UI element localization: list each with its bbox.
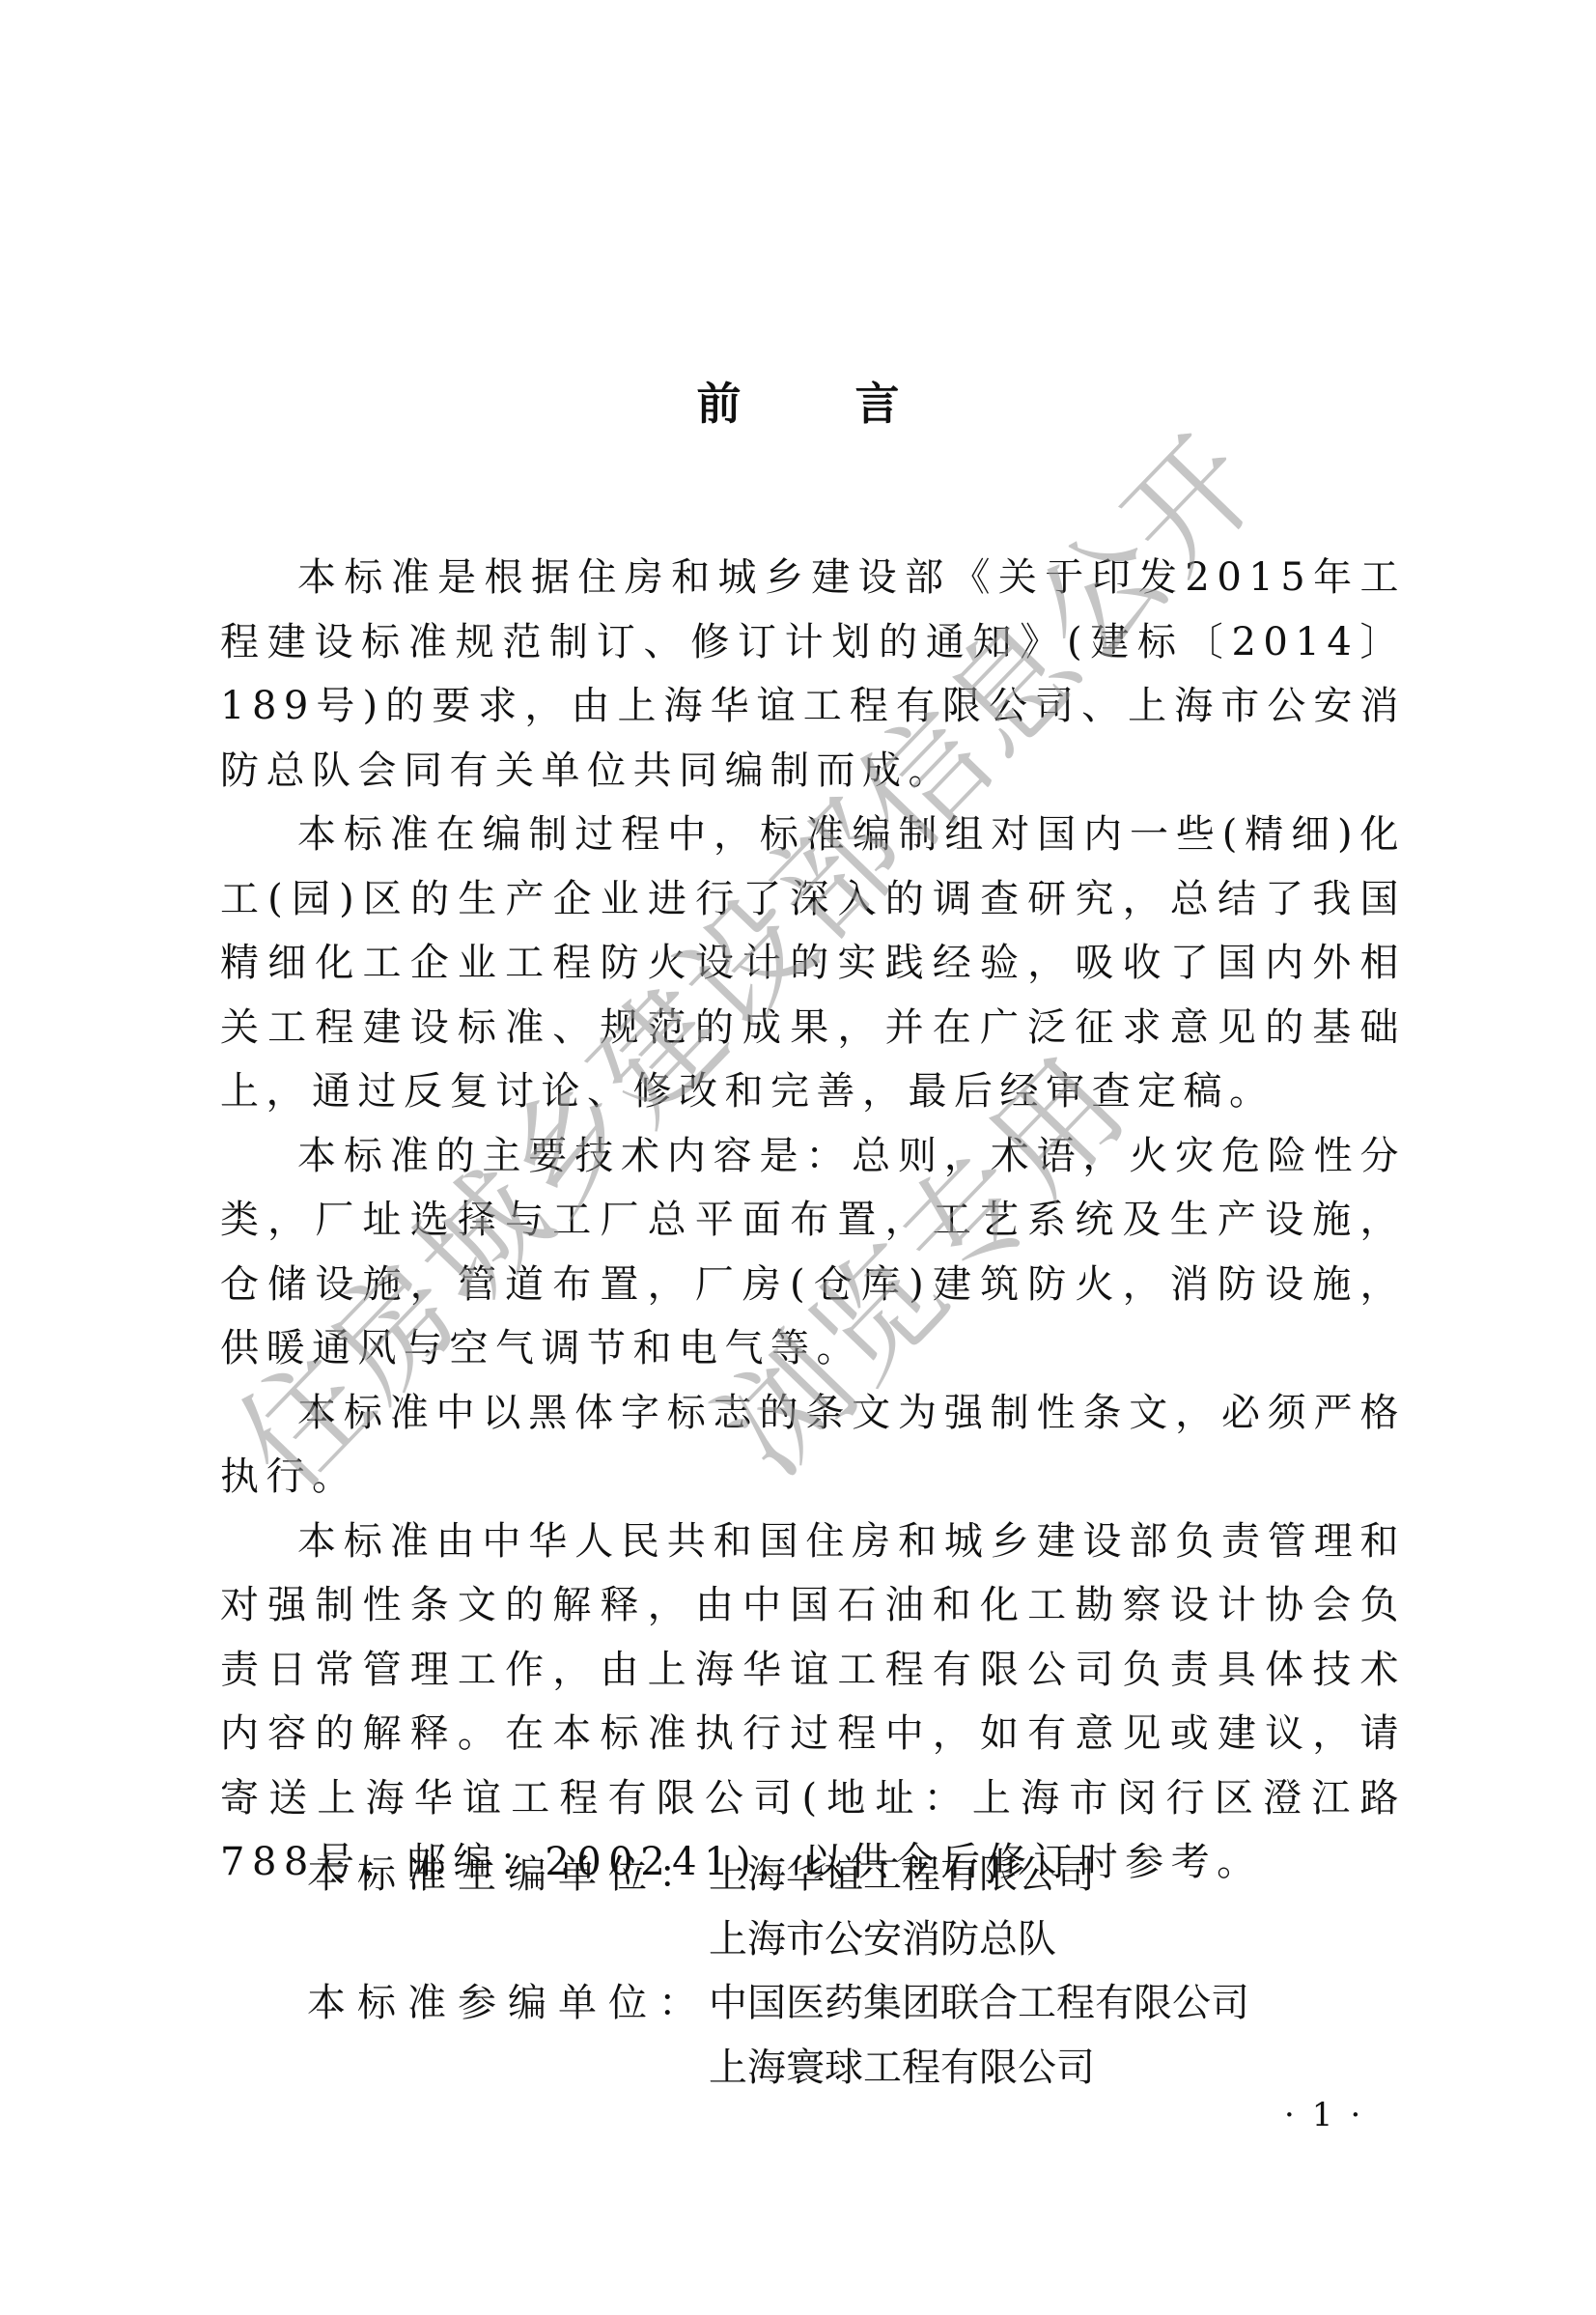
chief-unit-2: 上海市公安消防总队: [709, 1907, 1056, 1972]
participating-unit-row-2: 上海寰球工程有限公司: [307, 2036, 1249, 2101]
paragraph-contents: 本标准的主要技术内容是：总则，术语，火灾危险性分类，厂址选择与工厂总平面布置，工…: [220, 1124, 1406, 1381]
participating-unit-row: 本标准参编单位： 中国医药集团联合工程有限公司: [307, 1971, 1249, 2036]
participating-unit-1: 中国医药集团联合工程有限公司: [709, 1971, 1249, 2036]
chief-unit-label: 本标准主编单位：: [307, 1843, 709, 1907]
paragraph-management: 本标准由中华人民共和国住房和城乡建设部负责管理和对强制性条文的解释，由中国石油和…: [220, 1510, 1406, 1895]
page-title: 前言: [0, 369, 1596, 433]
title-char-2: 言: [855, 378, 900, 430]
chief-unit-row-2: 上海市公安消防总队: [307, 1907, 1249, 1972]
page-number: ·1·: [1284, 2096, 1378, 2134]
participating-unit-2: 上海寰球工程有限公司: [709, 2036, 1095, 2101]
title-char-1: 前: [697, 378, 742, 430]
paragraph-origin: 本标准是根据住房和城乡建设部《关于印发2015年工程建设标准规范制订、修订计划的…: [220, 546, 1406, 803]
document-page: 前言 本标准是根据住房和城乡建设部《关于印发2015年工程建设标准规范制订、修订…: [0, 0, 1596, 2315]
chief-unit-row: 本标准主编单位： 上海华谊工程有限公司: [307, 1843, 1249, 1907]
preface-body: 本标准是根据住房和城乡建设部《关于印发2015年工程建设标准规范制订、修订计划的…: [220, 546, 1406, 1895]
paragraph-process: 本标准在编制过程中，标准编制组对国内一些(精细)化工(园)区的生产企业进行了深入…: [220, 803, 1406, 1124]
paragraph-mandatory: 本标准中以黑体字标志的条文为强制性条文，必须严格执行。: [220, 1381, 1406, 1510]
editorial-units: 本标准主编单位： 上海华谊工程有限公司 上海市公安消防总队 本标准参编单位： 中…: [307, 1843, 1249, 2100]
participating-unit-label: 本标准参编单位：: [307, 1971, 709, 2036]
chief-unit-1: 上海华谊工程有限公司: [709, 1843, 1095, 1907]
